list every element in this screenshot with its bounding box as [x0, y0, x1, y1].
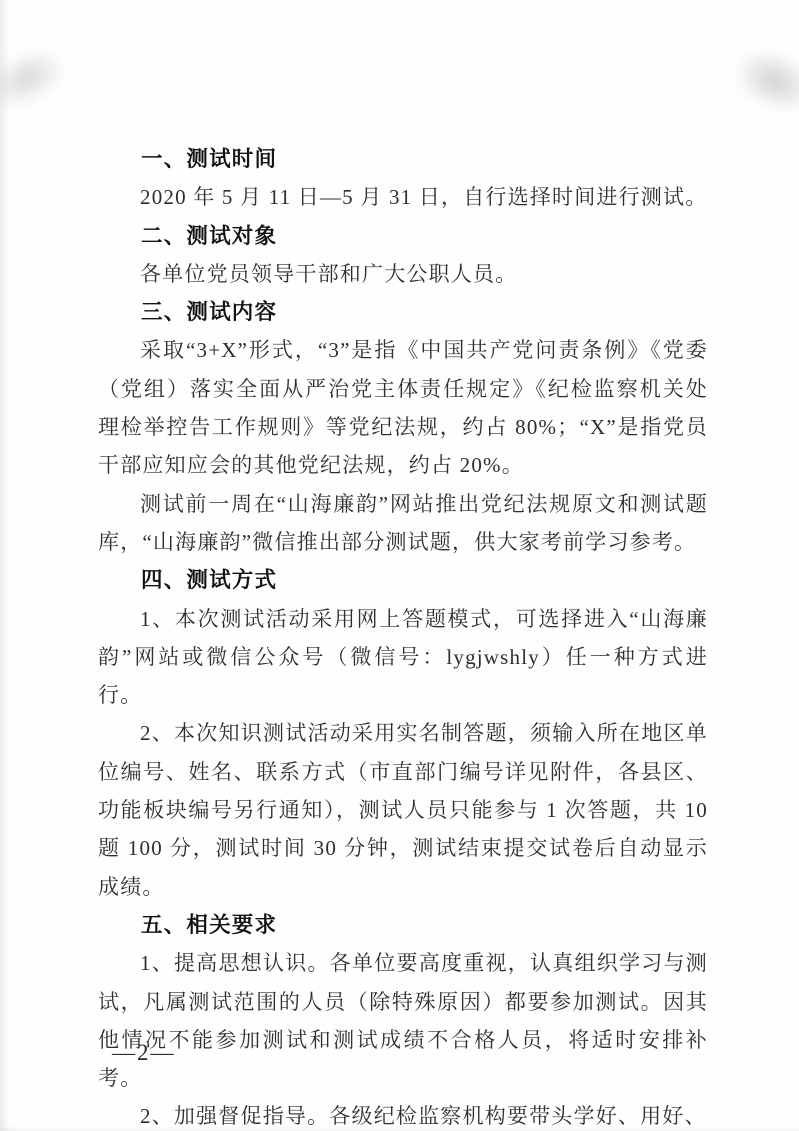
paragraph-requirement-awareness: 1、提高思想认识。各单位要高度重视，认真组织学习与测试，凡属测试范围的人员（除特…: [98, 944, 708, 1097]
paragraph-test-content-scope: 采取“3+X”形式，“3”是指《中国共产党问责条例》《党委（党组）落实全面从严治…: [98, 331, 708, 484]
paragraph-test-method-realname: 2、本次知识测试活动采用实名制答题，须输入所在地区单位编号、姓名、联系方式（市直…: [98, 714, 708, 905]
scanned-document-page: 一、测试时间 2020 年 5 月 11 日—5 月 31 日，自行选择时间进行…: [0, 0, 799, 1131]
scan-smudge-right: [725, 37, 799, 124]
document-body: 一、测试时间 2020 年 5 月 11 日—5 月 31 日，自行选择时间进行…: [98, 140, 708, 1131]
section-heading-test-method: 四、测试方式: [98, 561, 708, 599]
scan-smudge-left: [0, 36, 75, 120]
scan-edge-shadow: [0, 0, 10, 1131]
paragraph-test-content-materials: 测试前一周在“山海廉韵”网站推出党纪法规原文和测试题库，“山海廉韵”微信推出部分…: [98, 485, 708, 562]
section-heading-test-subjects: 二、测试对象: [98, 217, 708, 255]
paragraph-requirement-supervision: 2、加强督促指导。各级纪检监察机构要带头学好、用好、: [98, 1097, 708, 1131]
page-number: —2—: [112, 1040, 176, 1066]
paragraph-test-method-online: 1、本次测试活动采用网上答题模式，可选择进入“山海廉韵”网站或微信公众号（微信号…: [98, 600, 708, 715]
paragraph-test-time: 2020 年 5 月 11 日—5 月 31 日，自行选择时间进行测试。: [98, 178, 708, 216]
section-heading-test-content: 三、测试内容: [98, 293, 708, 331]
section-heading-test-time: 一、测试时间: [98, 140, 708, 178]
section-heading-requirements: 五、相关要求: [98, 906, 708, 944]
paragraph-test-subjects: 各单位党员领导干部和广大公职人员。: [98, 255, 708, 293]
